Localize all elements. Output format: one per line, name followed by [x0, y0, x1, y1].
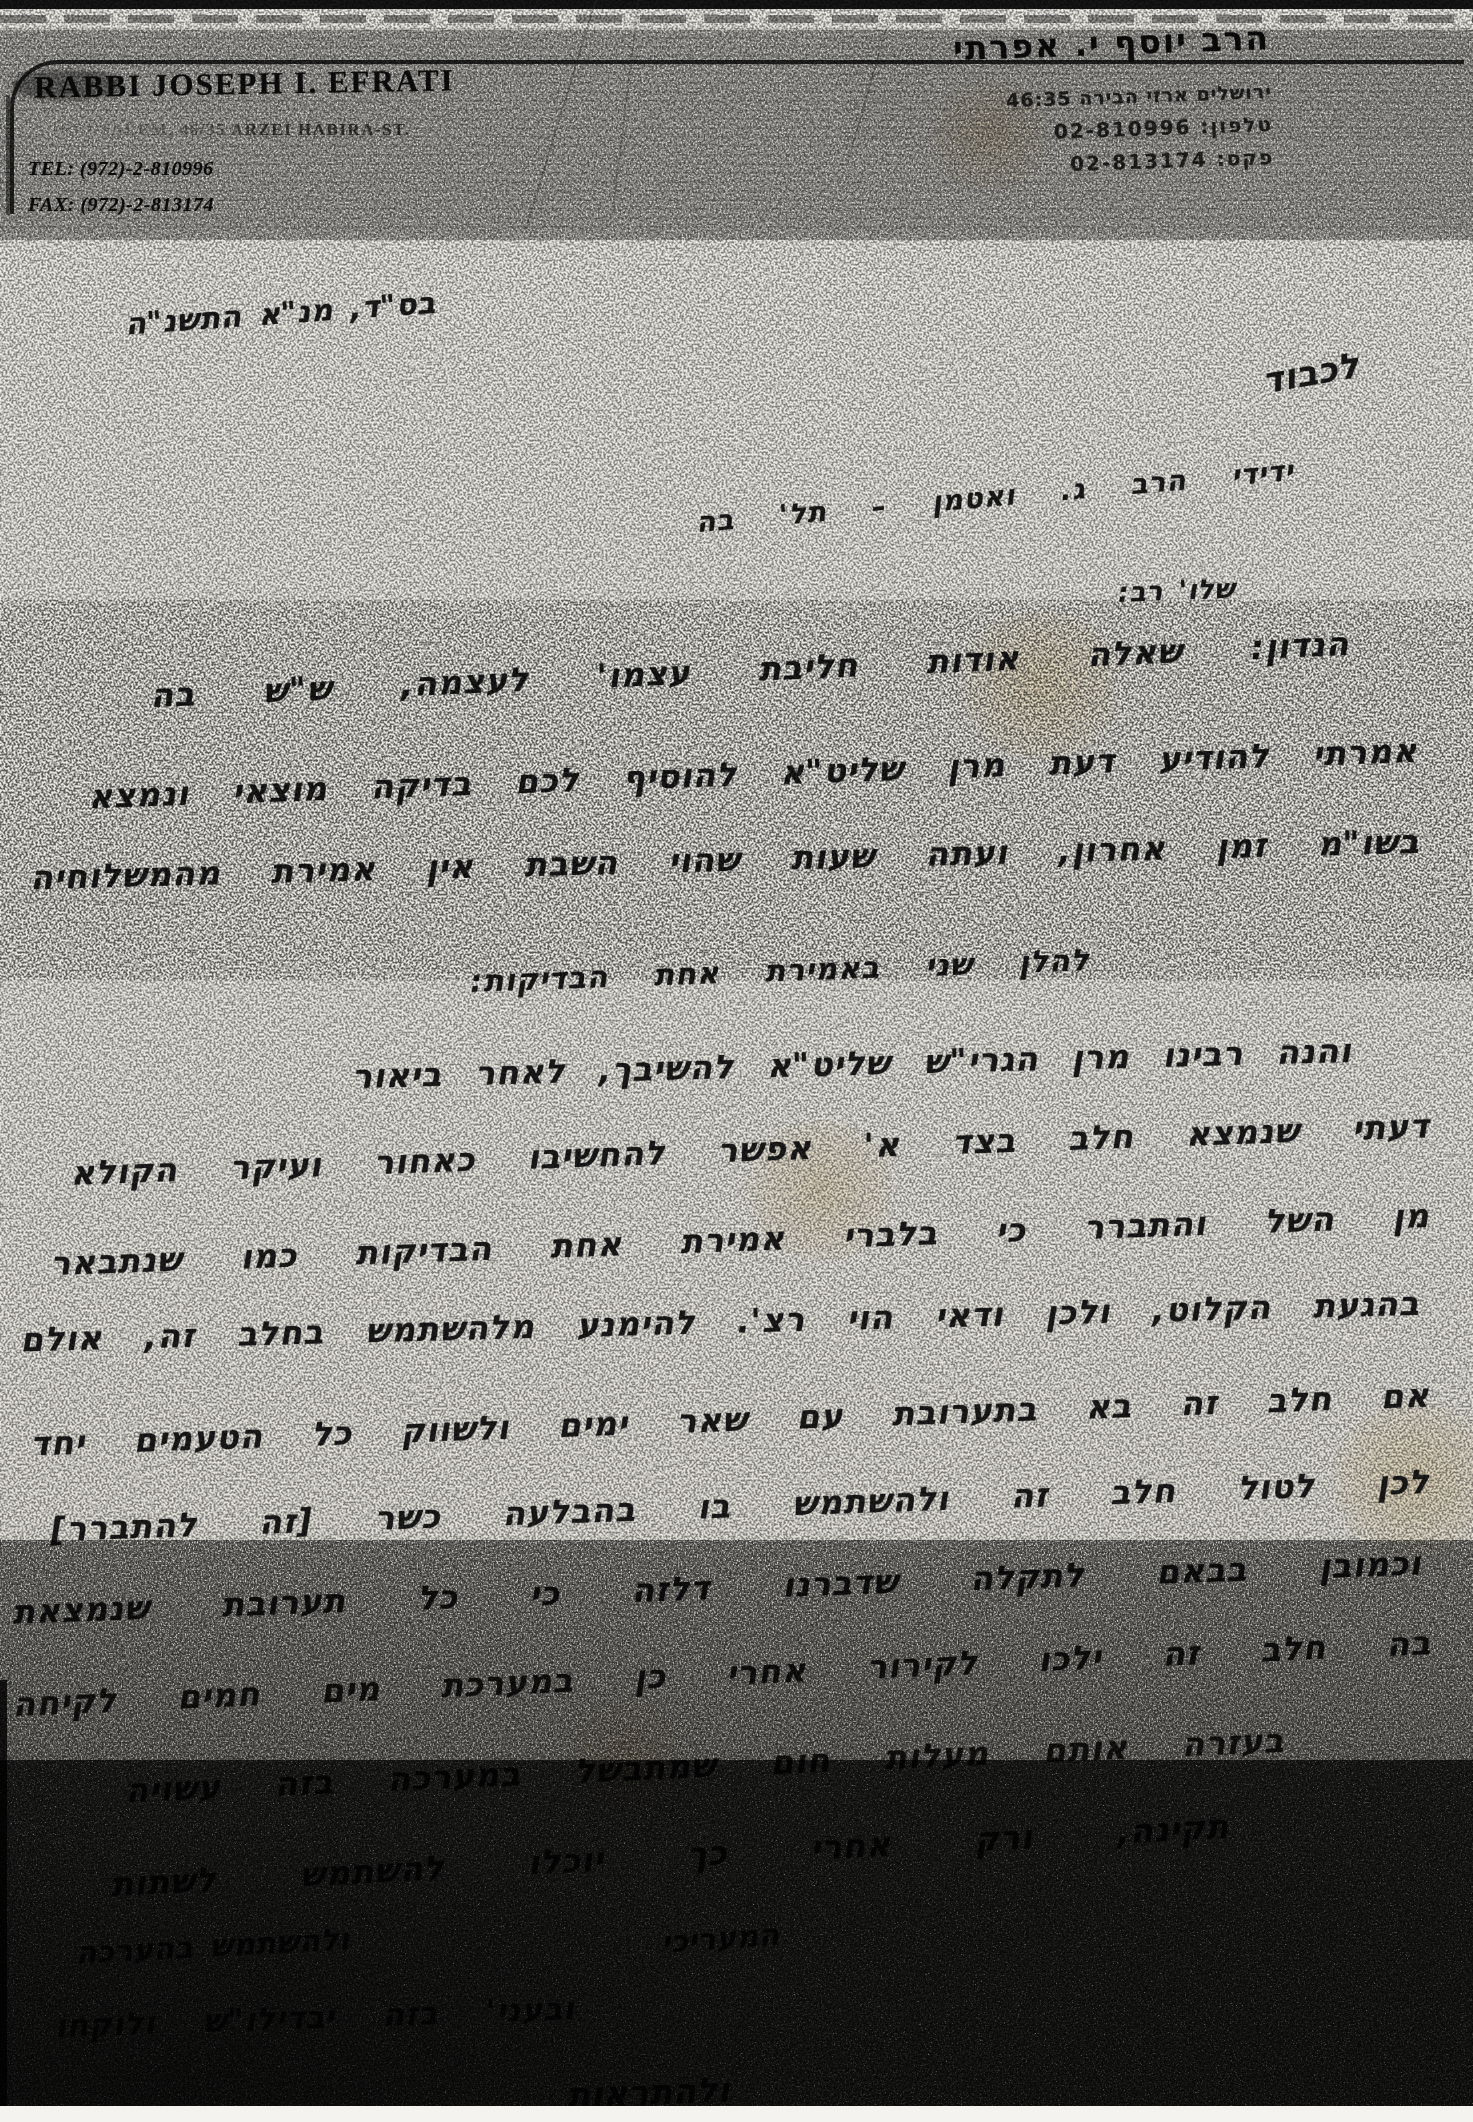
- scanned-letter-page: RABBI JOSEPH I. EFRATI JERUSALEM, 46/35 …: [0, 0, 1473, 2122]
- scan-noise-overlay: [0, 0, 1473, 2122]
- scan-bottom-margin: [0, 2106, 1473, 2122]
